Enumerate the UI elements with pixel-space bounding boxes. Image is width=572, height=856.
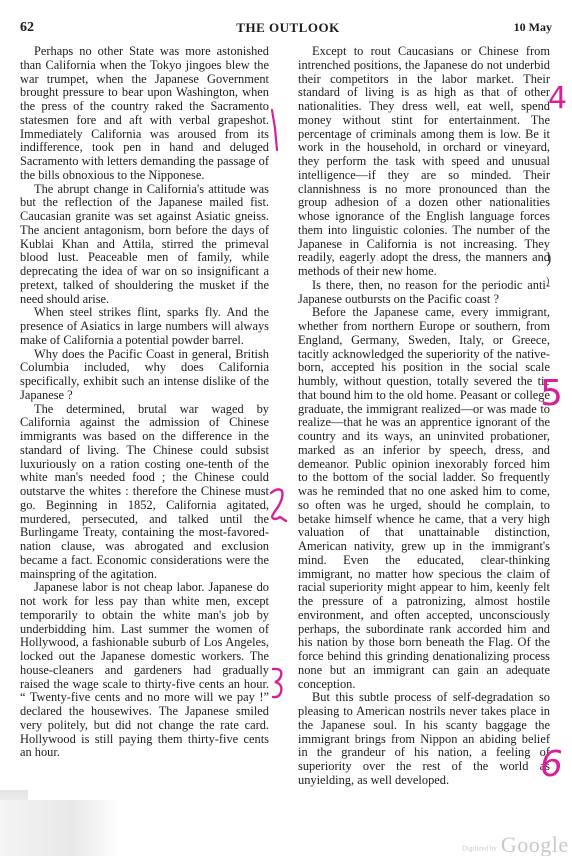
margin-mark-4: 4	[548, 84, 567, 114]
margin-mark-1	[271, 108, 275, 148]
digitized-watermark: Digitized by Google	[462, 832, 569, 856]
paragraph: But this subtle process of self-degradat…	[298, 691, 550, 787]
paragraph: Why does the Pacific Coast in general, B…	[20, 348, 269, 403]
paragraph: Perhaps no other State was more astonish…	[20, 45, 269, 183]
paragraph: Japanese labor is not cheap labor. Japan…	[20, 581, 269, 760]
page-header: 62 THE OUTLOOK 10 May	[18, 20, 558, 36]
watermark-brand: Google	[501, 832, 569, 856]
paragraph: The determined, brutal war waged by Cali…	[20, 403, 269, 582]
paragraph: The abrupt change in California's attitu…	[20, 183, 269, 307]
paragraph: Except to rout Caucasians or Chinese fro…	[298, 45, 550, 279]
left-column: Perhaps no other State was more astonish…	[20, 45, 269, 760]
issue-date: 10 May	[514, 20, 552, 35]
margin-mark-5: 5	[540, 376, 563, 412]
paragraph: Is there, then, no reason for the period…	[298, 279, 550, 307]
torn-page-corner	[0, 800, 120, 856]
margin-mark-6: 6	[540, 747, 563, 783]
right-column: Except to rout Caucasians or Chinese fro…	[298, 45, 550, 788]
paragraph: When steel strikes flint, sparks fly. An…	[20, 306, 269, 347]
paragraph: Before the Japanese came, every immigran…	[298, 306, 550, 691]
margin-mark-3	[271, 666, 285, 700]
margin-paren: )	[546, 250, 551, 268]
margin-mark-2	[268, 487, 288, 523]
watermark-prefix: Digitized by	[462, 844, 497, 852]
publication-title: THE OUTLOOK	[18, 20, 558, 36]
margin-paren: )	[546, 276, 549, 287]
